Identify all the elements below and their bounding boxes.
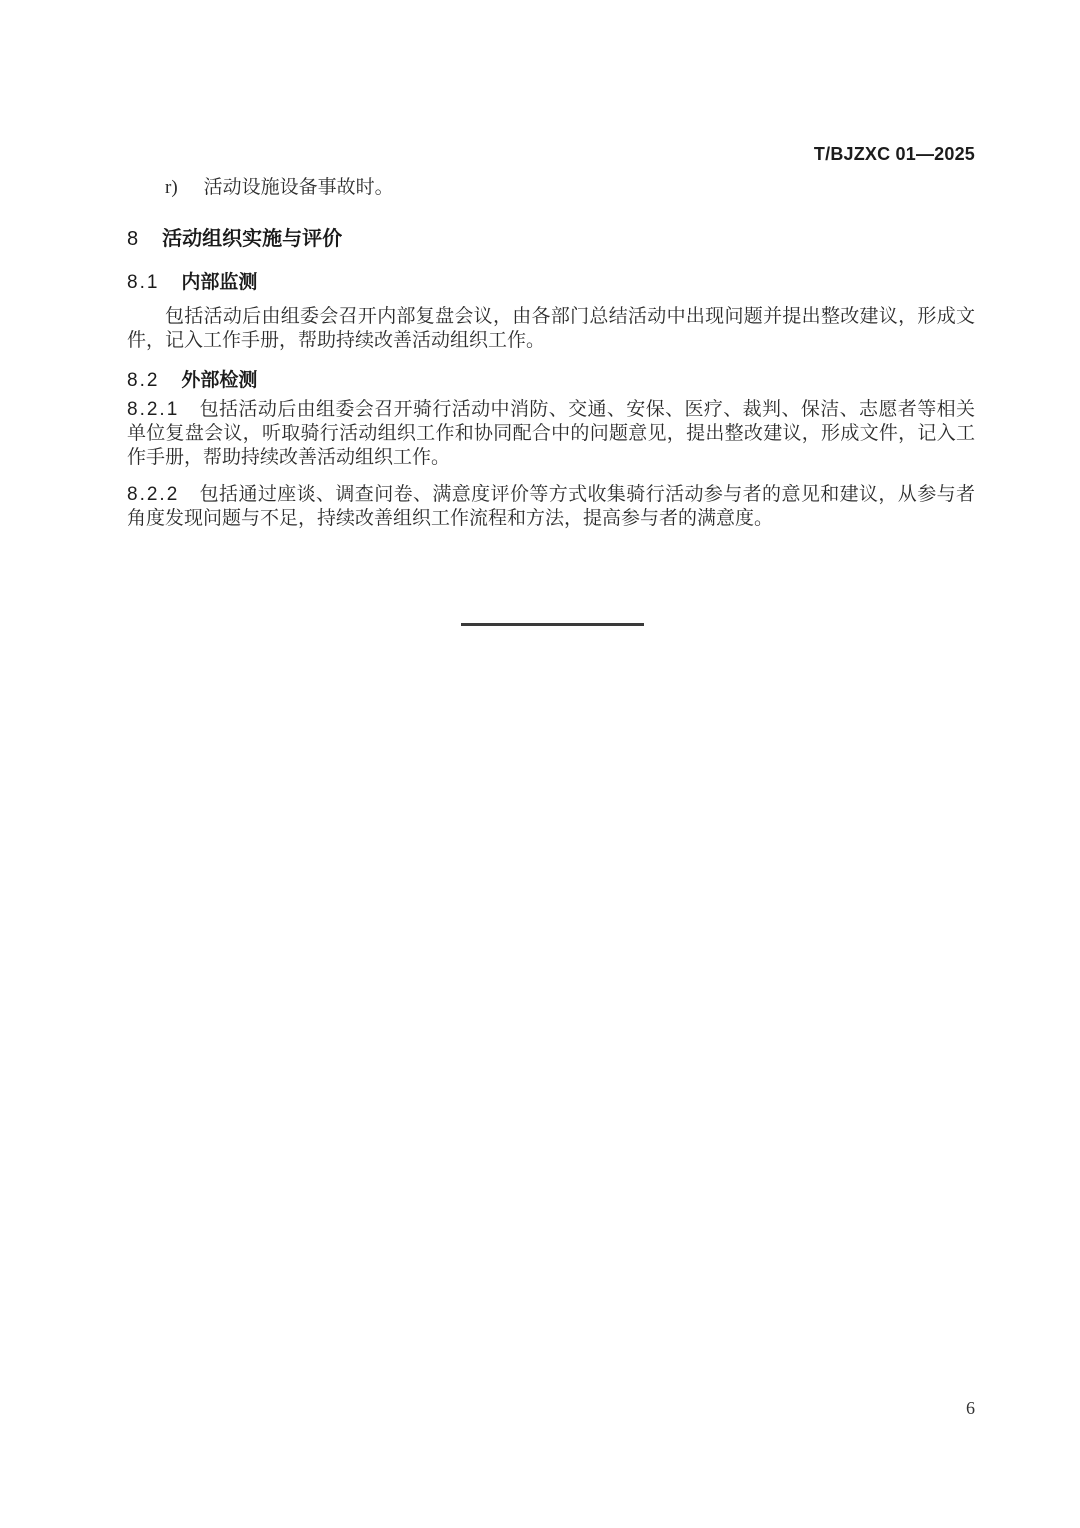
section-8-1-number: 8.1 bbox=[127, 272, 159, 293]
list-item-r: r)活动设施设备事故时。 bbox=[165, 176, 394, 200]
section-8-title: 活动组织实施与评价 bbox=[162, 228, 342, 250]
section-8-2-title: 外部检测 bbox=[181, 370, 257, 391]
section-8-1-title: 内部监测 bbox=[181, 272, 257, 293]
document-page: T/BJZXC 01—2025 r)活动设施设备事故时。 8活动组织实施与评价 … bbox=[0, 0, 1080, 1528]
list-item-text: 活动设施设备事故时。 bbox=[204, 177, 394, 198]
clause-8-2-1: 8.2.1包括活动后由组委会召开骑行活动中消防、交通、安保、医疗、裁判、保洁、志… bbox=[127, 398, 975, 470]
clause-8-2-1-text: 包括活动后由组委会召开骑行活动中消防、交通、安保、医疗、裁判、保洁、志愿者等相关… bbox=[127, 399, 975, 468]
page-number: 6 bbox=[127, 1398, 975, 1419]
section-8-number: 8 bbox=[127, 228, 140, 250]
list-item-marker: r) bbox=[165, 176, 178, 200]
section-8-2-number: 8.2 bbox=[127, 370, 159, 391]
clause-8-2-2: 8.2.2包括通过座谈、调查问卷、满意度评价等方式收集骑行活动参与者的意见和建议… bbox=[127, 483, 975, 531]
section-8-1-heading: 8.1内部监测 bbox=[127, 267, 257, 294]
standard-code-header: T/BJZXC 01—2025 bbox=[127, 144, 975, 165]
clause-8-2-2-text: 包括通过座谈、调查问卷、满意度评价等方式收集骑行活动参与者的意见和建议，从参与者… bbox=[127, 484, 975, 529]
clause-8-2-2-number: 8.2.2 bbox=[127, 484, 179, 505]
clause-8-2-1-number: 8.2.1 bbox=[127, 399, 179, 420]
end-of-document-rule bbox=[461, 623, 644, 626]
section-8-2-heading: 8.2外部检测 bbox=[127, 365, 257, 392]
section-8-heading: 8活动组织实施与评价 bbox=[127, 222, 342, 251]
section-8-1-paragraph: 包括活动后由组委会召开内部复盘会议，由各部门总结活动中出现问题并提出整改建议，形… bbox=[127, 305, 975, 353]
